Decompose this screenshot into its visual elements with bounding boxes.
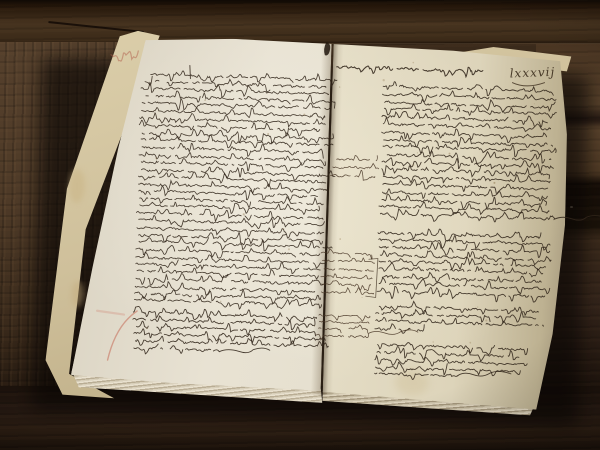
folio-number: lxxxvij xyxy=(509,64,566,84)
manuscript-book: lxxxvij xyxy=(22,28,573,417)
photo-scene: lxxxvij xyxy=(0,0,600,450)
page-edge-stain xyxy=(71,281,84,307)
